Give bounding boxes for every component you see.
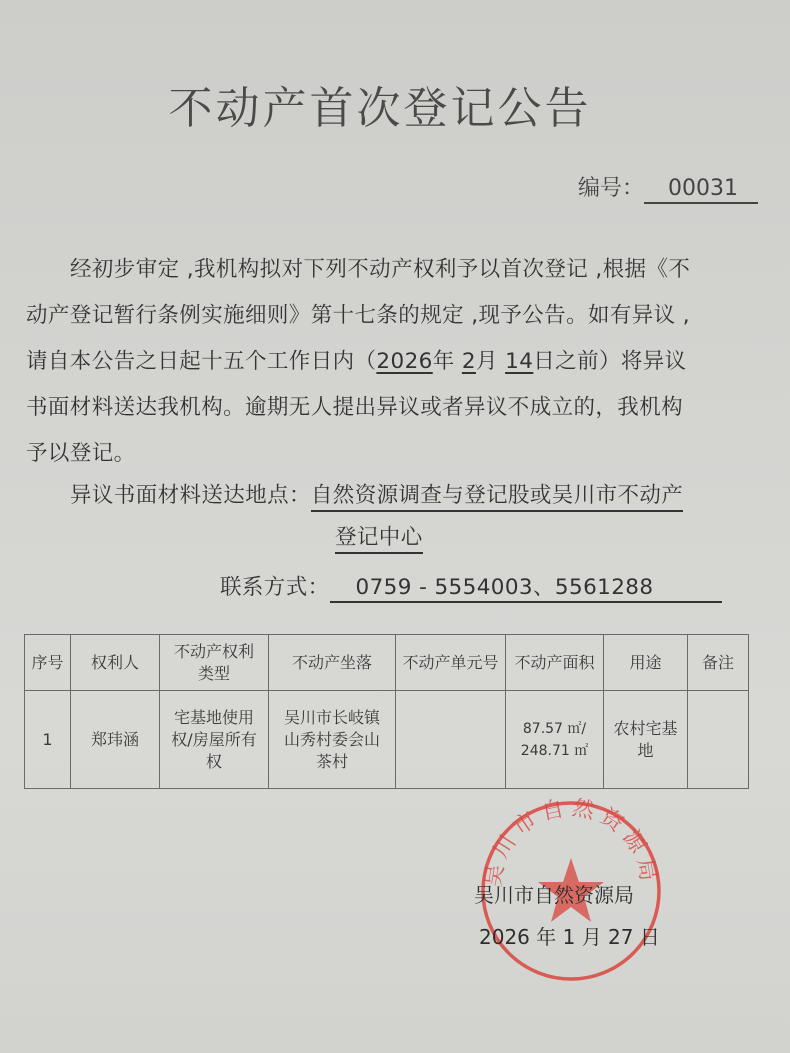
- objection-address-label: 异议书面材料送达地点：: [70, 483, 311, 508]
- body-line-2: 动产登记暂行条例实施细则》第十七条的规定 ,现予公告。如有异议 ,: [26, 298, 690, 329]
- cell-area-line-1: 87.57 ㎡/: [508, 718, 601, 740]
- header-right-type-line-2: 类型: [162, 663, 266, 685]
- document-number-label: 编号：: [578, 176, 644, 201]
- body-line-4: 书面材料送达我机构。逾期无人提出异议或者异议不成立的，我机构: [26, 390, 683, 421]
- cell-index: 1: [25, 691, 71, 789]
- registration-table: 序号 权利人 不动产权利 类型 不动产坐落 不动产单元号 不动产面积 用途 备注…: [24, 634, 749, 789]
- cell-right-type: 宅基地使用 权/房屋所有 权: [160, 691, 269, 789]
- cell-location-line-3: 茶村: [271, 751, 393, 773]
- cell-holder: 郑玮涵: [71, 691, 160, 789]
- body-line-3-pre: 请自本公告之日起十五个工作日内（: [26, 349, 376, 374]
- deadline-day: 14: [505, 349, 533, 374]
- header-location: 不动产坐落: [269, 635, 396, 691]
- objection-address: 异议书面材料送达地点：自然资源调查与登记股或吴川市不动产: [70, 478, 683, 512]
- cell-right-type-line-3: 权: [162, 751, 266, 773]
- body-line-3-post: 日之前）将异议: [533, 349, 686, 374]
- cell-right-type-line-1: 宅基地使用: [162, 707, 266, 729]
- contact-value: 0759 - 5554003、5561288: [330, 575, 722, 603]
- header-index: 序号: [25, 635, 71, 691]
- contact-label: 联系方式：: [220, 575, 330, 600]
- header-holder: 权利人: [71, 635, 160, 691]
- header-unit-no: 不动产单元号: [396, 635, 506, 691]
- header-usage: 用途: [604, 635, 688, 691]
- cell-area: 87.57 ㎡/ 248.71 ㎡: [506, 691, 604, 789]
- cell-usage-line-2: 地: [606, 740, 685, 762]
- header-remark: 备注: [688, 635, 749, 691]
- objection-address-line-2: 登记中心: [335, 524, 423, 554]
- header-area: 不动产面积: [506, 635, 604, 691]
- page-title: 不动产首次登记公告: [0, 72, 760, 136]
- year-unit: 年: [433, 349, 455, 374]
- header-right-type-line-1: 不动产权利: [162, 641, 266, 663]
- cell-location-line-2: 山秀村委会山: [271, 729, 393, 751]
- document-number: 编号：00031: [578, 171, 758, 204]
- cell-location-line-1: 吴川市长岐镇: [271, 707, 393, 729]
- body-line-1: 经初步审定 ,我机构拟对下列不动产权利予以首次登记 ,根据《不: [70, 252, 690, 283]
- issue-date: 2026 年 1 月 27 日: [479, 921, 660, 950]
- objection-address-cont: 登记中心: [335, 524, 423, 554]
- body-line-3: 请自本公告之日起十五个工作日内（2026年 2月 14日之前）将异议: [26, 344, 687, 375]
- contact: 联系方式：0759 - 5554003、5561288: [220, 570, 722, 603]
- table-header-row: 序号 权利人 不动产权利 类型 不动产坐落 不动产单元号 不动产面积 用途 备注: [25, 635, 749, 691]
- objection-address-line-1: 自然资源调查与登记股或吴川市不动产: [311, 482, 683, 512]
- document-number-value: 00031: [644, 176, 758, 204]
- cell-area-line-2: 248.71 ㎡: [508, 740, 601, 762]
- cell-unit-no: [396, 691, 506, 789]
- header-right-type: 不动产权利 类型: [160, 635, 269, 691]
- cell-usage: 农村宅基 地: [604, 691, 688, 789]
- issuer-name: 吴川市自然资源局: [474, 879, 634, 908]
- month-unit: 月: [476, 349, 498, 374]
- cell-location: 吴川市长岐镇 山秀村委会山 茶村: [269, 691, 396, 789]
- table-row: 1 郑玮涵 宅基地使用 权/房屋所有 权 吴川市长岐镇 山秀村委会山 茶村 87…: [25, 691, 749, 789]
- cell-usage-line-1: 农村宅基: [606, 718, 685, 740]
- body-line-5: 予以登记。: [26, 436, 136, 467]
- cell-remark: [688, 691, 749, 789]
- cell-right-type-line-2: 权/房屋所有: [162, 729, 266, 751]
- deadline-year: 2026: [376, 349, 432, 374]
- deadline-month: 2: [462, 349, 476, 374]
